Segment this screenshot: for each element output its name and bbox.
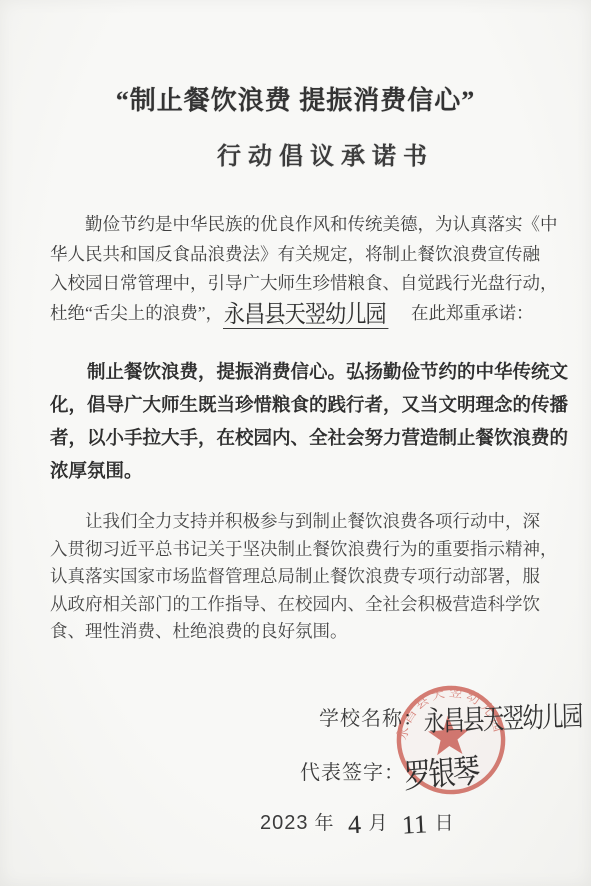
date-month-handwritten: 4 <box>347 812 361 839</box>
paragraph-line: 浓厚氛围。 <box>50 454 532 487</box>
paragraph-1-text-after-name: 在此郑重承诺： <box>411 303 534 323</box>
paragraph-line: 勤俭节约是中华民族的优良作风和传统美德，为认真落实《中 <box>50 210 532 240</box>
paragraph-line: 入贯彻习近平总书记关于坚决制止餐饮浪费行为的重要指示精神， <box>50 536 532 564</box>
paragraph-2: 制止餐饮浪费，提振消费信心。弘扬勤俭节约的中华传统文 化，倡导广大师生既当珍惜粮… <box>50 355 532 487</box>
date-month-unit: 月 <box>369 813 388 834</box>
paragraph-line: 者，以小手拉大手，在校园内、全社会努力营造制止餐饮浪费的 <box>50 421 532 454</box>
date-year-unit: 年 <box>315 813 334 834</box>
title-line-2: 行动倡议承诺书 <box>30 136 591 171</box>
date-day-unit: 日 <box>435 813 454 834</box>
paragraph-line: 认真落实国家市场监督管理总局制止餐饮浪费专项行动部署，服 <box>50 563 532 591</box>
representative-signature-handwriting: 罗银琴 <box>403 756 479 795</box>
paragraph-line: 制止餐饮浪费，提振消费信心。弘扬勤俭节约的中华传统文 <box>50 355 532 388</box>
date-row: 2023年4月11日 <box>260 808 458 838</box>
school-name-row: 学校名称：永昌县天翌幼儿园 <box>319 702 591 737</box>
paragraph-line: 食、理性消费、杜绝浪费的良好氛围。 <box>50 618 532 646</box>
paragraph-3: 让我们全力支持并积极参与到制止餐饮浪费各项行动中，深 入贯彻习近平总书记关于坚决… <box>50 508 532 646</box>
paragraph-line: 化，倡导广大师生既当珍惜粮食的践行者，又当文明理念的传播 <box>50 388 532 421</box>
representative-label: 代表签字： <box>300 762 405 784</box>
paragraph-line: 入校园日常管理中，引导广大师生珍惜粮食、自觉践行光盘行动， <box>50 269 532 299</box>
school-name-handwriting: 永昌县天翌幼儿园 <box>423 704 582 737</box>
date-day-handwritten: 11 <box>401 811 427 838</box>
paragraph-line: 让我们全力支持并积极参与到制止餐饮浪费各项行动中，深 <box>50 508 532 536</box>
handwritten-school-name-inline: 永昌县天翌幼儿园 <box>223 303 388 329</box>
document-page: “制止餐饮浪费 提振消费信心” 行动倡议承诺书 勤俭节约是中华民族的优良作风和传… <box>0 0 591 886</box>
title-line-1: “制止餐饮浪费 提振消费信心” <box>0 80 591 117</box>
paragraph-1-text-before-name: 杜绝“舌尖上的浪费”， <box>50 303 223 323</box>
date-year: 2023 <box>260 812 309 834</box>
paragraph-1: 勤俭节约是中华民族的优良作风和传统美德，为认真落实《中 华人民共和国反食品浪费法… <box>50 210 532 329</box>
paragraph-line: 从政府相关部门的工作指导、在校园内、全社会积极营造科学饮 <box>50 591 532 619</box>
paragraph-line: 杜绝“舌尖上的浪费”，永昌县天翌幼儿园在此郑重承诺： <box>50 299 532 329</box>
paragraph-line: 华人民共和国反食品浪费法》有关规定，将制止餐饮浪费宣传融 <box>50 240 532 270</box>
